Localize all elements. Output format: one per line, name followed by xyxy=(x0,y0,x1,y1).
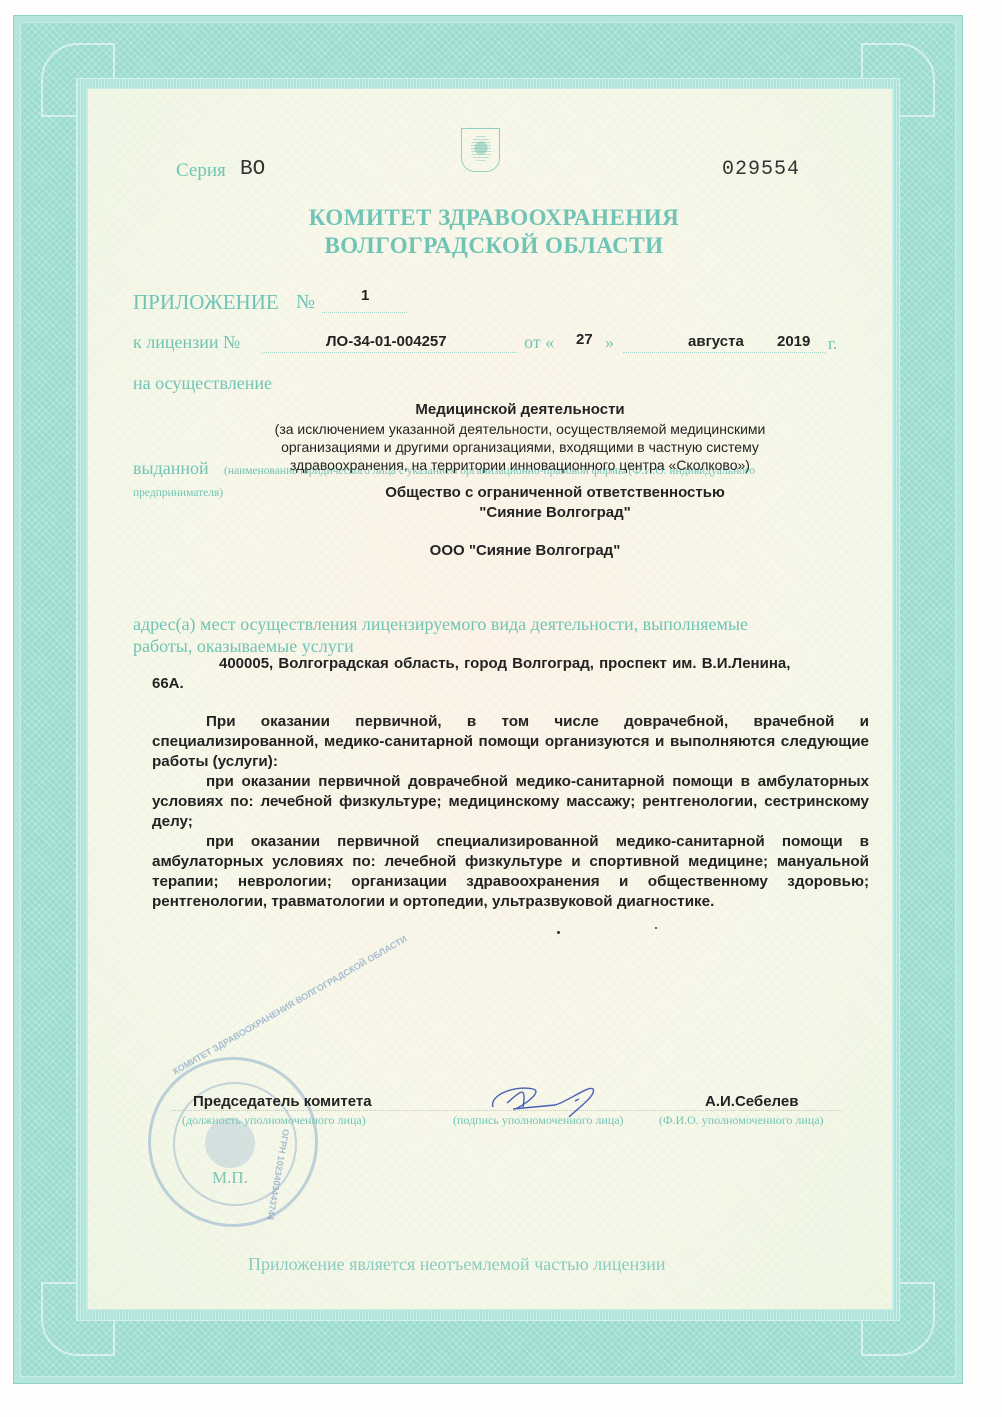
services-text: При оказании первичной, в том числе довр… xyxy=(152,712,869,912)
issuer-title-line1: КОМИТЕТ ЗДРАВООХРАНЕНИЯ xyxy=(0,205,1002,231)
address-value-line1: 400005, Волгоградская область, город Вол… xyxy=(219,655,790,672)
activity-label: на осуществление xyxy=(133,373,272,394)
activity-note-line2: организациями и другими организациями, в… xyxy=(0,439,1002,455)
russian-coat-of-arms-icon xyxy=(461,128,500,172)
license-month: августа xyxy=(688,333,744,350)
address-value-line2: 66А. xyxy=(152,675,184,692)
series-label: Серия xyxy=(176,160,226,182)
organization-full-name-line2: "Сияние Волгоград" xyxy=(0,504,1002,521)
address-label-line1: адрес(а) мест осуществления лицензируемо… xyxy=(133,614,748,635)
license-day: 27 xyxy=(576,331,593,348)
signature-caption: (подпись уполномоченного лица) xyxy=(453,1113,624,1128)
form-number: 029554 xyxy=(722,158,800,181)
license-date-underline xyxy=(623,352,825,353)
appendix-label: ПРИЛОЖЕНИЕ xyxy=(133,290,279,315)
activity-note-line3: здравоохранения, на территории инновацио… xyxy=(0,457,1002,473)
appendix-number-sign: № xyxy=(296,291,315,314)
signer-name: А.И.Себелев xyxy=(705,1093,798,1110)
organization-short-name: ООО "Сияние Волгоград" xyxy=(0,542,1002,559)
ink-speck xyxy=(655,927,657,929)
issuer-title-line2: ВОЛГОГРАДСКОЙ ОБЛАСТИ xyxy=(0,233,1002,259)
appendix-number: 1 xyxy=(361,287,369,304)
license-number-underline xyxy=(262,352,517,353)
seal-place-label: М.П. xyxy=(212,1168,248,1188)
ink-speck xyxy=(557,931,560,934)
footer-note: Приложение является неотъемлемой частью … xyxy=(248,1254,666,1275)
license-from-label: от « xyxy=(524,332,554,353)
organization-full-name-line1: Общество с ограниченной ответственностью xyxy=(0,484,1002,501)
series-value: ВО xyxy=(240,158,265,181)
activity-title: Медицинской деятельности xyxy=(0,401,1002,418)
address-label-line2: работы, оказываемые услуги xyxy=(133,636,354,657)
activity-note-line1: (за исключением указанной деятельности, … xyxy=(0,421,1002,437)
appendix-number-underline xyxy=(322,312,407,313)
official-seal-stamp: КОМИТЕТ ЗДРАВООХРАНЕНИЯ ВОЛГОГРАДСКОЙ ОБ… xyxy=(148,1057,318,1227)
services-paragraph-specialized: при оказании первичной специализированно… xyxy=(152,832,869,912)
signer-name-caption: (Ф.И.О. уполномоченного лица) xyxy=(659,1113,824,1128)
signer-position-caption: (должность уполномоченного лица) xyxy=(182,1113,366,1128)
services-paragraph-intro: При оказании первичной, в том числе довр… xyxy=(152,712,869,772)
license-close-quote: » xyxy=(605,332,614,353)
license-year-suffix: г. xyxy=(828,334,837,354)
services-paragraph-pre-medical: при оказании первичной доврачебной медик… xyxy=(152,772,869,832)
signer-position: Председатель комитета xyxy=(193,1093,372,1110)
license-year: 2019 xyxy=(777,333,810,350)
license-label: к лицензии № xyxy=(133,332,240,353)
license-number: ЛО-34-01-004257 xyxy=(326,333,447,350)
